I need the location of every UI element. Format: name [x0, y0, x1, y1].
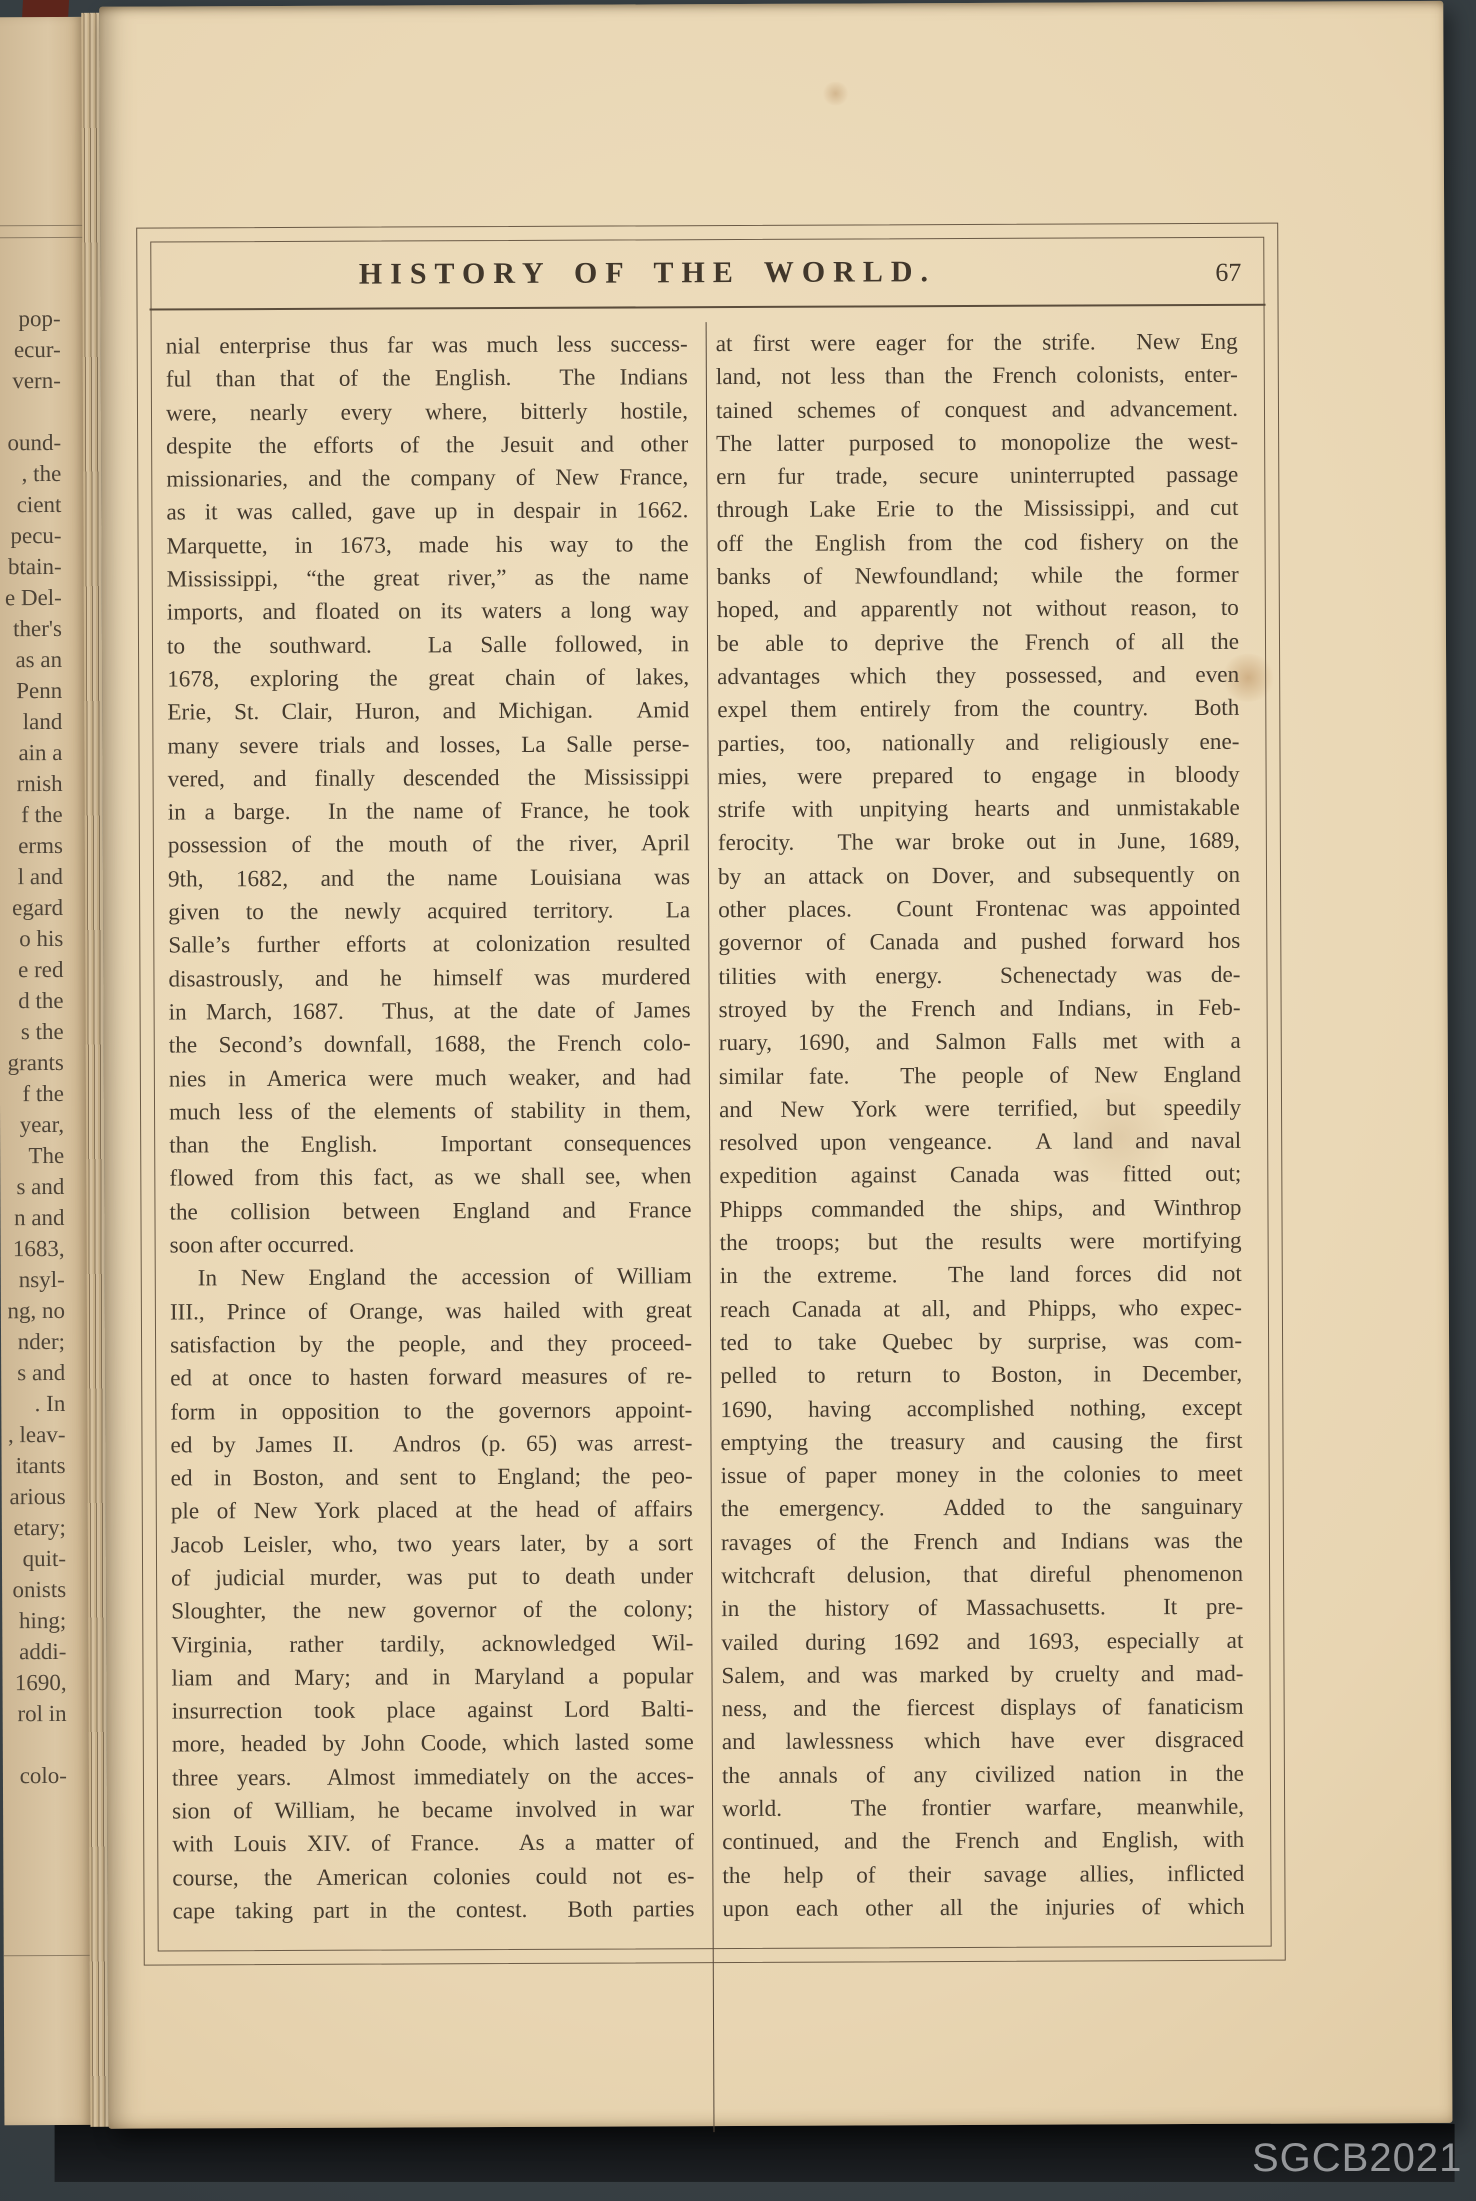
text-line: many severe trials and losses, La Salle …: [167, 728, 689, 764]
text-line: and New York were terrified, but speedil…: [719, 1092, 1241, 1128]
page-edge-text-fragment: etary;: [0, 1512, 66, 1543]
text-line: more, headed by John Coode, which lasted…: [172, 1727, 694, 1763]
text-line: nial enterprise thus far was much less s…: [166, 328, 688, 364]
previous-page-fragments: pop-ecur-vern- ound-, thecientpecu-btain…: [0, 303, 67, 1791]
page-edge-text-fragment: e red: [0, 954, 63, 985]
text-line: the troops; but the results were mortify…: [720, 1225, 1242, 1261]
text-column-right: at first were eager for the strife. New …: [716, 326, 1245, 1927]
text-line: off the English from the cod fishery on …: [717, 526, 1239, 562]
page-edge-text-fragment: Penn: [0, 675, 62, 706]
page-edge-text-fragment: ther's: [0, 613, 62, 644]
page-edge-text-fragment: , leav-: [0, 1419, 66, 1450]
text-line: Jacob Leisler, who, two years later, by …: [171, 1527, 693, 1563]
page-edge-text-fragment: as an: [0, 644, 62, 675]
text-line: in the history of Massachusetts. It pre-: [721, 1591, 1243, 1627]
text-line: the Second’s downfall, 1688, the French …: [169, 1027, 691, 1063]
text-line: ferocity. The war broke out in June, 168…: [718, 825, 1240, 861]
text-line: by an attack on Dover, and subsequently …: [718, 859, 1240, 895]
text-line: at first were eager for the strife. New …: [716, 326, 1238, 362]
text-line: reach Canada at all, and Phipps, who exp…: [720, 1291, 1242, 1327]
page-edge-text-fragment: s the: [0, 1016, 64, 1047]
page-edge-text-fragment: nder;: [0, 1326, 65, 1357]
text-line: Erie, St. Clair, Huron, and Michigan. Am…: [167, 694, 689, 730]
text-line: expel them entirely from the country. Bo…: [717, 692, 1239, 728]
text-line: Sloughter, the new governor of the colon…: [171, 1593, 693, 1629]
page-edge-text-fragment: ecur-: [0, 334, 61, 365]
text-line: with Louis XIV. of France. As a matter o…: [172, 1827, 694, 1863]
text-block: nial enterprise thus far was much less s…: [166, 326, 1245, 1929]
text-line: in March, 1687. Thus, at the date of Jam…: [169, 994, 691, 1030]
header-rule: [150, 304, 1266, 311]
page-edge-text-fragment: d the: [0, 985, 64, 1016]
text-line: ted to take Quebec by surprise, was com-: [720, 1325, 1242, 1361]
previous-page-edge: pop-ecur-vern- ound-, thecientpecu-btain…: [0, 17, 92, 2125]
text-line: missionaries, and the company of New Fra…: [166, 461, 688, 497]
text-line: to the southward. La Salle followed, in: [167, 628, 689, 664]
text-line: be able to deprive the French of all the: [717, 625, 1239, 661]
text-line: tilities with energy. Schenectady was de…: [718, 958, 1240, 994]
text-line: continued, and the French and English, w…: [722, 1824, 1244, 1860]
page-edge-text-fragment: [0, 1729, 67, 1760]
text-line: sion of William, he became involved in w…: [172, 1793, 694, 1829]
text-line: in a barge. In the name of France, he to…: [168, 794, 690, 830]
text-line: world. The frontier warfare, meanwhile,: [722, 1791, 1244, 1827]
page-edge-text-fragment: rol in: [0, 1698, 67, 1729]
page-edge-text-fragment: itants: [0, 1450, 66, 1481]
text-line: satisfaction by the people, and they pro…: [170, 1327, 692, 1363]
text-line: other places. Count Frontenac was appoin…: [718, 892, 1240, 928]
text-line: mies, were prepared to engage in bloody: [718, 759, 1240, 795]
page-edge-text-fragment: quit-: [0, 1543, 66, 1574]
text-line: much less of the elements of stability i…: [169, 1094, 691, 1130]
text-line: Salem, and was marked by cruelty and mad…: [721, 1658, 1243, 1694]
book-page: HISTORY OF THE WORLD. 67 nial enterprise…: [99, 1, 1452, 2129]
text-line: were, nearly every where, bitterly hosti…: [166, 395, 688, 431]
page-edge-text-fragment: [0, 396, 61, 427]
watermark: SGCB2021: [1252, 2136, 1462, 2181]
scanned-book-photo: pop-ecur-vern- ound-, thecientpecu-btain…: [0, 0, 1476, 2201]
page-stain: [822, 82, 850, 106]
book-board-edge: [55, 2124, 1455, 2182]
page-edge-text-fragment: nsyl-: [0, 1264, 65, 1295]
text-line: the help of their savage allies, inflict…: [722, 1857, 1244, 1893]
text-line: Phipps commanded the ships, and Winthrop: [719, 1192, 1241, 1228]
page-edge-text-fragment: land: [0, 706, 62, 737]
previous-page-border-line: [0, 237, 84, 238]
text-line: III., Prince of Orange, was hailed with …: [170, 1294, 692, 1330]
page-edge-text-fragment: rnish: [0, 768, 63, 799]
page-edge-text-fragment: e Del-: [0, 582, 62, 613]
text-line: ruary, 1690, and Salmon Falls met with a: [719, 1025, 1241, 1061]
page-edge-text-fragment: ng, no: [0, 1295, 65, 1326]
page-edge-text-fragment: vern-: [0, 365, 61, 396]
page-edge-text-fragment: The: [0, 1140, 64, 1171]
text-line: ed by James II. Andros (p. 65) was arres…: [170, 1427, 692, 1463]
text-line: than the English. Important consequences: [169, 1127, 691, 1163]
running-head-title: HISTORY OF THE WORLD.: [137, 254, 1157, 292]
text-line: flowed from this fact, as we shall see, …: [169, 1161, 691, 1197]
text-line: parties, too, nationally and religiously…: [717, 725, 1239, 761]
page-number: 67: [1215, 258, 1241, 288]
page-edge-text-fragment: grants: [0, 1047, 64, 1078]
page-edge-text-fragment: hing;: [0, 1605, 66, 1636]
text-line: similar fate. The people of New England: [719, 1058, 1241, 1094]
page-edge-text-fragment: pop-: [0, 303, 61, 334]
text-line: disastrously, and he himself was murdere…: [168, 961, 690, 997]
text-line: land, not less than the French colonists…: [716, 359, 1238, 395]
text-line: vered, and finally descended the Mississ…: [168, 761, 690, 797]
text-line: 1678, exploring the great chain of lakes…: [167, 661, 689, 697]
text-line: hoped, and apparently not without reason…: [717, 592, 1239, 628]
text-line: form in opposition to the governors appo…: [170, 1394, 692, 1430]
text-line: 9th, 1682, and the name Louisiana was: [168, 861, 690, 897]
page-edge-text-fragment: l and: [0, 861, 63, 892]
text-line: cape taking part in the contest. Both pa…: [172, 1893, 694, 1929]
text-line: banks of Newfoundland; while the former: [717, 559, 1239, 595]
page-edge-text-fragment: ound-: [0, 427, 61, 458]
text-line: ed in Boston, and sent to England; the p…: [171, 1460, 693, 1496]
text-line: imports, and floated on its waters a lon…: [167, 595, 689, 631]
page-edge-text-fragment: s and: [0, 1171, 64, 1202]
text-line: Virginia, rather tardily, acknowledged W…: [171, 1627, 693, 1663]
text-line: soon after occurred.: [170, 1227, 692, 1263]
text-line: three years. Almost immediately on the a…: [172, 1760, 694, 1796]
page-edge-text-fragment: arious: [0, 1481, 66, 1512]
previous-page-border-line: [4, 1955, 92, 1956]
page-edge-text-fragment: cient: [0, 489, 61, 520]
page-edge-text-fragment: , the: [0, 458, 61, 489]
text-line: given to the newly acquired territory. L…: [168, 894, 690, 930]
page-edge-text-fragment: erms: [0, 830, 63, 861]
text-line: expedition against Canada was fitted out…: [719, 1158, 1241, 1194]
text-line: Marquette, in 1673, made his way to the: [167, 528, 689, 564]
text-line: ful than that of the English. The Indian…: [166, 362, 688, 398]
text-line: of judicial murder, was put to death und…: [171, 1560, 693, 1596]
page-edge-text-fragment: onists: [0, 1574, 66, 1605]
text-line: tained schemes of conquest and advanceme…: [716, 392, 1238, 428]
text-line: Salle’s further efforts at colonization …: [168, 928, 690, 964]
text-line: in the extreme. The land forces did not: [720, 1258, 1242, 1294]
text-line: governor of Canada and pushed forward ho…: [718, 925, 1240, 961]
page-edge-text-fragment: s and: [0, 1357, 65, 1388]
page-edge-text-fragment: . In: [0, 1388, 65, 1419]
page-edge-text-fragment: 1683,: [0, 1233, 65, 1264]
page-edge-text-fragment: btain-: [0, 551, 62, 582]
text-line: nies in America were much weaker, and ha…: [169, 1061, 691, 1097]
text-line: advantages which they possessed, and eve…: [717, 659, 1239, 695]
text-line: vailed during 1692 and 1693, especially …: [721, 1624, 1243, 1660]
page-edge-text-fragment: 1690,: [0, 1667, 67, 1698]
text-line: the annals of any civilized nation in th…: [722, 1758, 1244, 1794]
page-edge-text-fragment: pecu-: [0, 520, 62, 551]
text-line: 1690, having accomplished nothing, excep…: [720, 1391, 1242, 1427]
open-book: pop-ecur-vern- ound-, thecientpecu-btain…: [0, 0, 1476, 2201]
text-line: The latter purposed to monopolize the we…: [716, 426, 1238, 462]
text-line: ed at once to hasten forward measures of…: [170, 1360, 692, 1396]
text-line: the collision between England and France: [169, 1194, 691, 1230]
text-line: despite the efforts of the Jesuit and ot…: [166, 428, 688, 464]
page-edge-text-fragment: o his: [0, 923, 63, 954]
text-line: ness, and the fiercest displays of fanat…: [722, 1691, 1244, 1727]
text-line: ern fur trade, secure uninterrupted pass…: [716, 459, 1238, 495]
text-column-left: nial enterprise thus far was much less s…: [166, 328, 695, 1929]
text-line: the emergency. Added to the sanguinary: [721, 1491, 1243, 1527]
text-line: issue of paper money in the colonies to …: [721, 1458, 1243, 1494]
text-line: insurrection took place against Lord Bal…: [172, 1693, 694, 1729]
page-edge-text-fragment: year,: [0, 1109, 64, 1140]
text-line: possession of the mouth of the river, Ap…: [168, 828, 690, 864]
text-line: stroyed by the French and Indians, in Fe…: [719, 992, 1241, 1028]
page-edge-text-fragment: addi-: [0, 1636, 66, 1667]
text-line: through Lake Erie to the Mississippi, an…: [716, 492, 1238, 528]
page-border-frame: HISTORY OF THE WORLD. 67 nial enterprise…: [136, 223, 1286, 1966]
page-edge-text-fragment: n and: [0, 1202, 65, 1233]
page-edge-text-fragment: ain a: [0, 737, 63, 768]
text-line: and lawlessness which have ever disgrace…: [722, 1724, 1244, 1760]
text-line: course, the American colonies could not …: [172, 1860, 694, 1896]
text-line: as it was called, gave up in despair in …: [166, 495, 688, 531]
page-edge-text-fragment: colo-: [0, 1760, 67, 1791]
text-line: upon each other all the injuries of whic…: [722, 1891, 1244, 1927]
text-line: Mississippi, “the great river,” as the n…: [167, 561, 689, 597]
text-line: resolved upon vengeance. A land and nava…: [719, 1125, 1241, 1161]
text-line: ple of New York placed at the head of af…: [171, 1494, 693, 1530]
text-line: emptying the treasury and causing the fi…: [720, 1425, 1242, 1461]
text-line: liam and Mary; and in Maryland a popular: [171, 1660, 693, 1696]
page-edge-text-fragment: f the: [0, 799, 63, 830]
text-line: witchcraft delusion, that direful phenom…: [721, 1558, 1243, 1594]
column-divider: [706, 322, 715, 2132]
previous-page-border-line: [0, 225, 84, 226]
text-line: strife with unpitying hearts and unmista…: [718, 792, 1240, 828]
text-line: In New England the accession of William: [170, 1261, 692, 1297]
page-edge-text-fragment: f the: [0, 1078, 64, 1109]
page-edge-text-fragment: egard: [0, 892, 63, 923]
text-line: ravages of the French and Indians was th…: [721, 1524, 1243, 1560]
text-line: pelled to return to Boston, in December,: [720, 1358, 1242, 1394]
